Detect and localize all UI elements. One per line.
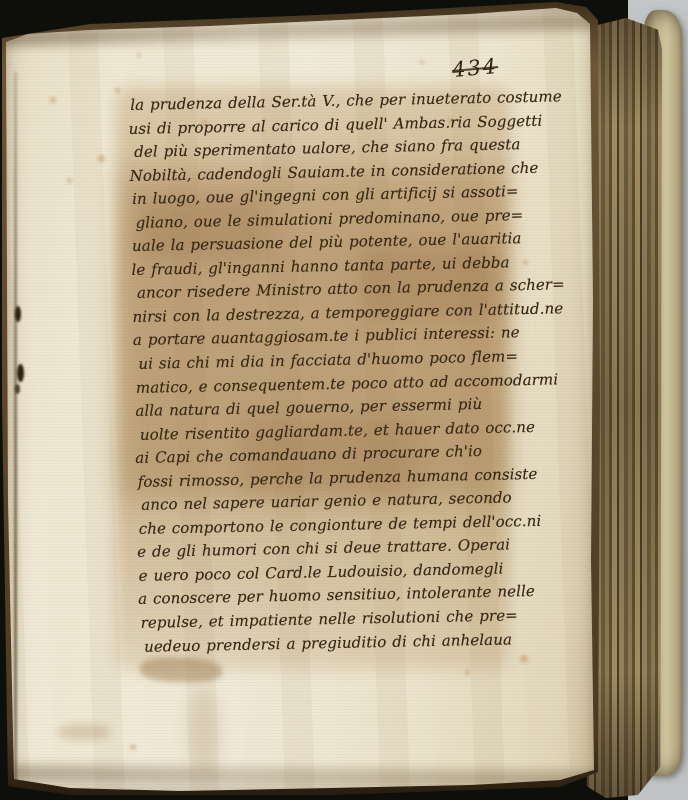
fox-spot (130, 744, 136, 750)
fox-spot (115, 88, 120, 93)
ink-blot (17, 364, 24, 382)
fox-spot (420, 60, 424, 64)
scanned-book-photo: 434 la prudenza della Ser.tà V., che per… (0, 0, 688, 800)
page-number: 434 (451, 54, 499, 82)
show-through-mark (58, 724, 110, 740)
fox-spot (98, 155, 105, 162)
fox-spot (523, 260, 528, 265)
gutter-crease (14, 72, 17, 784)
manuscript-page: 434 la prudenza della Ser.tà V., che per… (0, 0, 600, 800)
show-through-mark (188, 690, 220, 772)
manuscript-text-block: la prudenza della Ser.tà V., che per inu… (128, 86, 531, 659)
fox-spot (520, 655, 528, 663)
ink-blot (15, 306, 21, 322)
fox-spot (67, 178, 72, 183)
fox-spot (137, 53, 141, 57)
fox-spot (50, 97, 56, 103)
fox-spot (465, 670, 470, 675)
show-through-mark (140, 657, 223, 684)
ink-blot (15, 384, 20, 394)
